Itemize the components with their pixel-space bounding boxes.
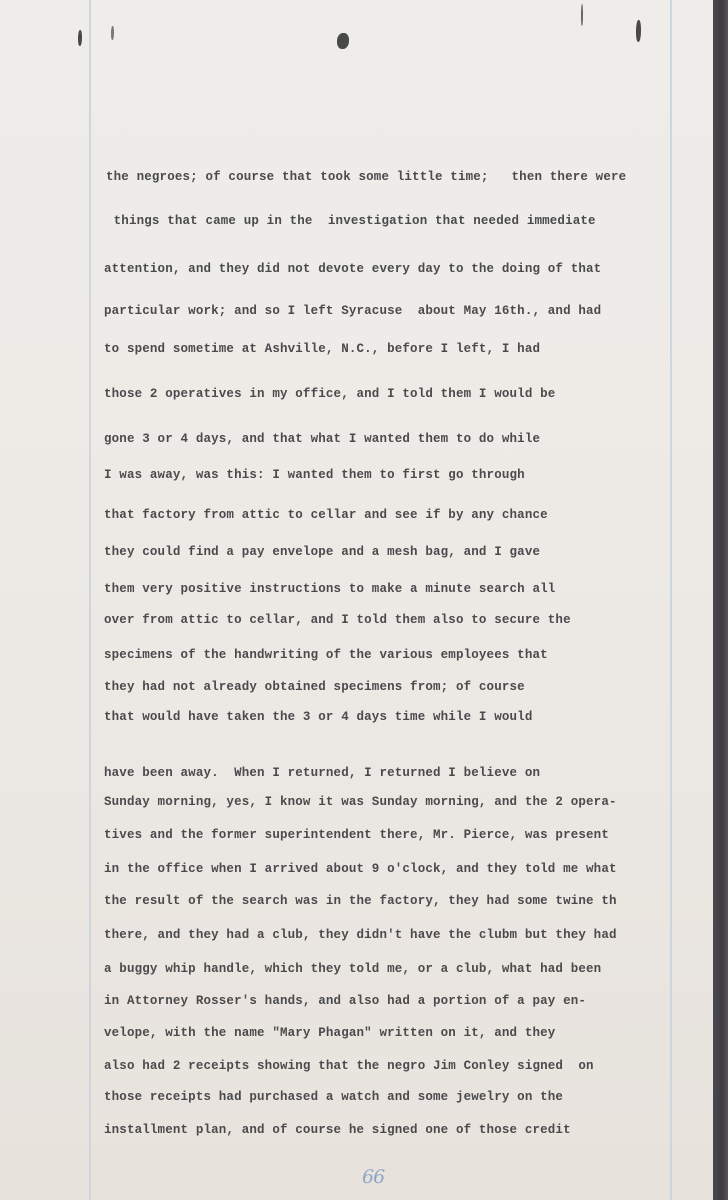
text-line: that would have taken the 3 or 4 days ti…: [104, 710, 532, 724]
handwritten-page-number: 66: [362, 1166, 384, 1188]
text-line: Sunday morning, yes, I know it was Sunda…: [104, 795, 617, 809]
text-line: things that came up in the investigation…: [106, 214, 596, 228]
text-line: there, and they had a club, they didn't …: [104, 928, 617, 942]
text-line: have been away. When I returned, I retur…: [104, 766, 540, 780]
text-line: in the office when I arrived about 9 o'c…: [104, 862, 617, 876]
text-line: the negroes; of course that took some li…: [106, 170, 626, 184]
text-line: specimens of the handwriting of the vari…: [104, 648, 548, 662]
text-line: a buggy whip handle, which they told me,…: [104, 962, 601, 976]
text-line: to spend sometime at Ashville, N.C., bef…: [104, 342, 540, 356]
text-line: that factory from attic to cellar and se…: [104, 508, 548, 522]
text-line: tives and the former superintendent ther…: [104, 828, 609, 842]
page-edge-shadow: [713, 0, 728, 1200]
text-line: I was away, was this: I wanted them to f…: [104, 468, 525, 482]
text-line: also had 2 receipts showing that the neg…: [104, 1059, 594, 1073]
text-line: attention, and they did not devote every…: [104, 262, 601, 276]
text-line: installment plan, and of course he signe…: [104, 1123, 571, 1137]
text-line: gone 3 or 4 days, and that what I wanted…: [104, 432, 540, 446]
text-line: those 2 operatives in my office, and I t…: [104, 387, 555, 401]
text-line: them very positive instructions to make …: [104, 582, 555, 596]
typewritten-text: the negroes; of course that took some li…: [0, 0, 713, 1200]
text-line: velope, with the name "Mary Phagan" writ…: [104, 1026, 555, 1040]
text-line: they could find a pay envelope and a mes…: [104, 545, 540, 559]
text-line: over from attic to cellar, and I told th…: [104, 613, 571, 627]
text-line: in Attorney Rosser's hands, and also had…: [104, 994, 586, 1008]
text-line: those receipts had purchased a watch and…: [104, 1090, 563, 1104]
text-line: particular work; and so I left Syracuse …: [104, 304, 601, 318]
text-line: the result of the search was in the fact…: [104, 894, 617, 908]
text-line: they had not already obtained specimens …: [104, 680, 525, 694]
